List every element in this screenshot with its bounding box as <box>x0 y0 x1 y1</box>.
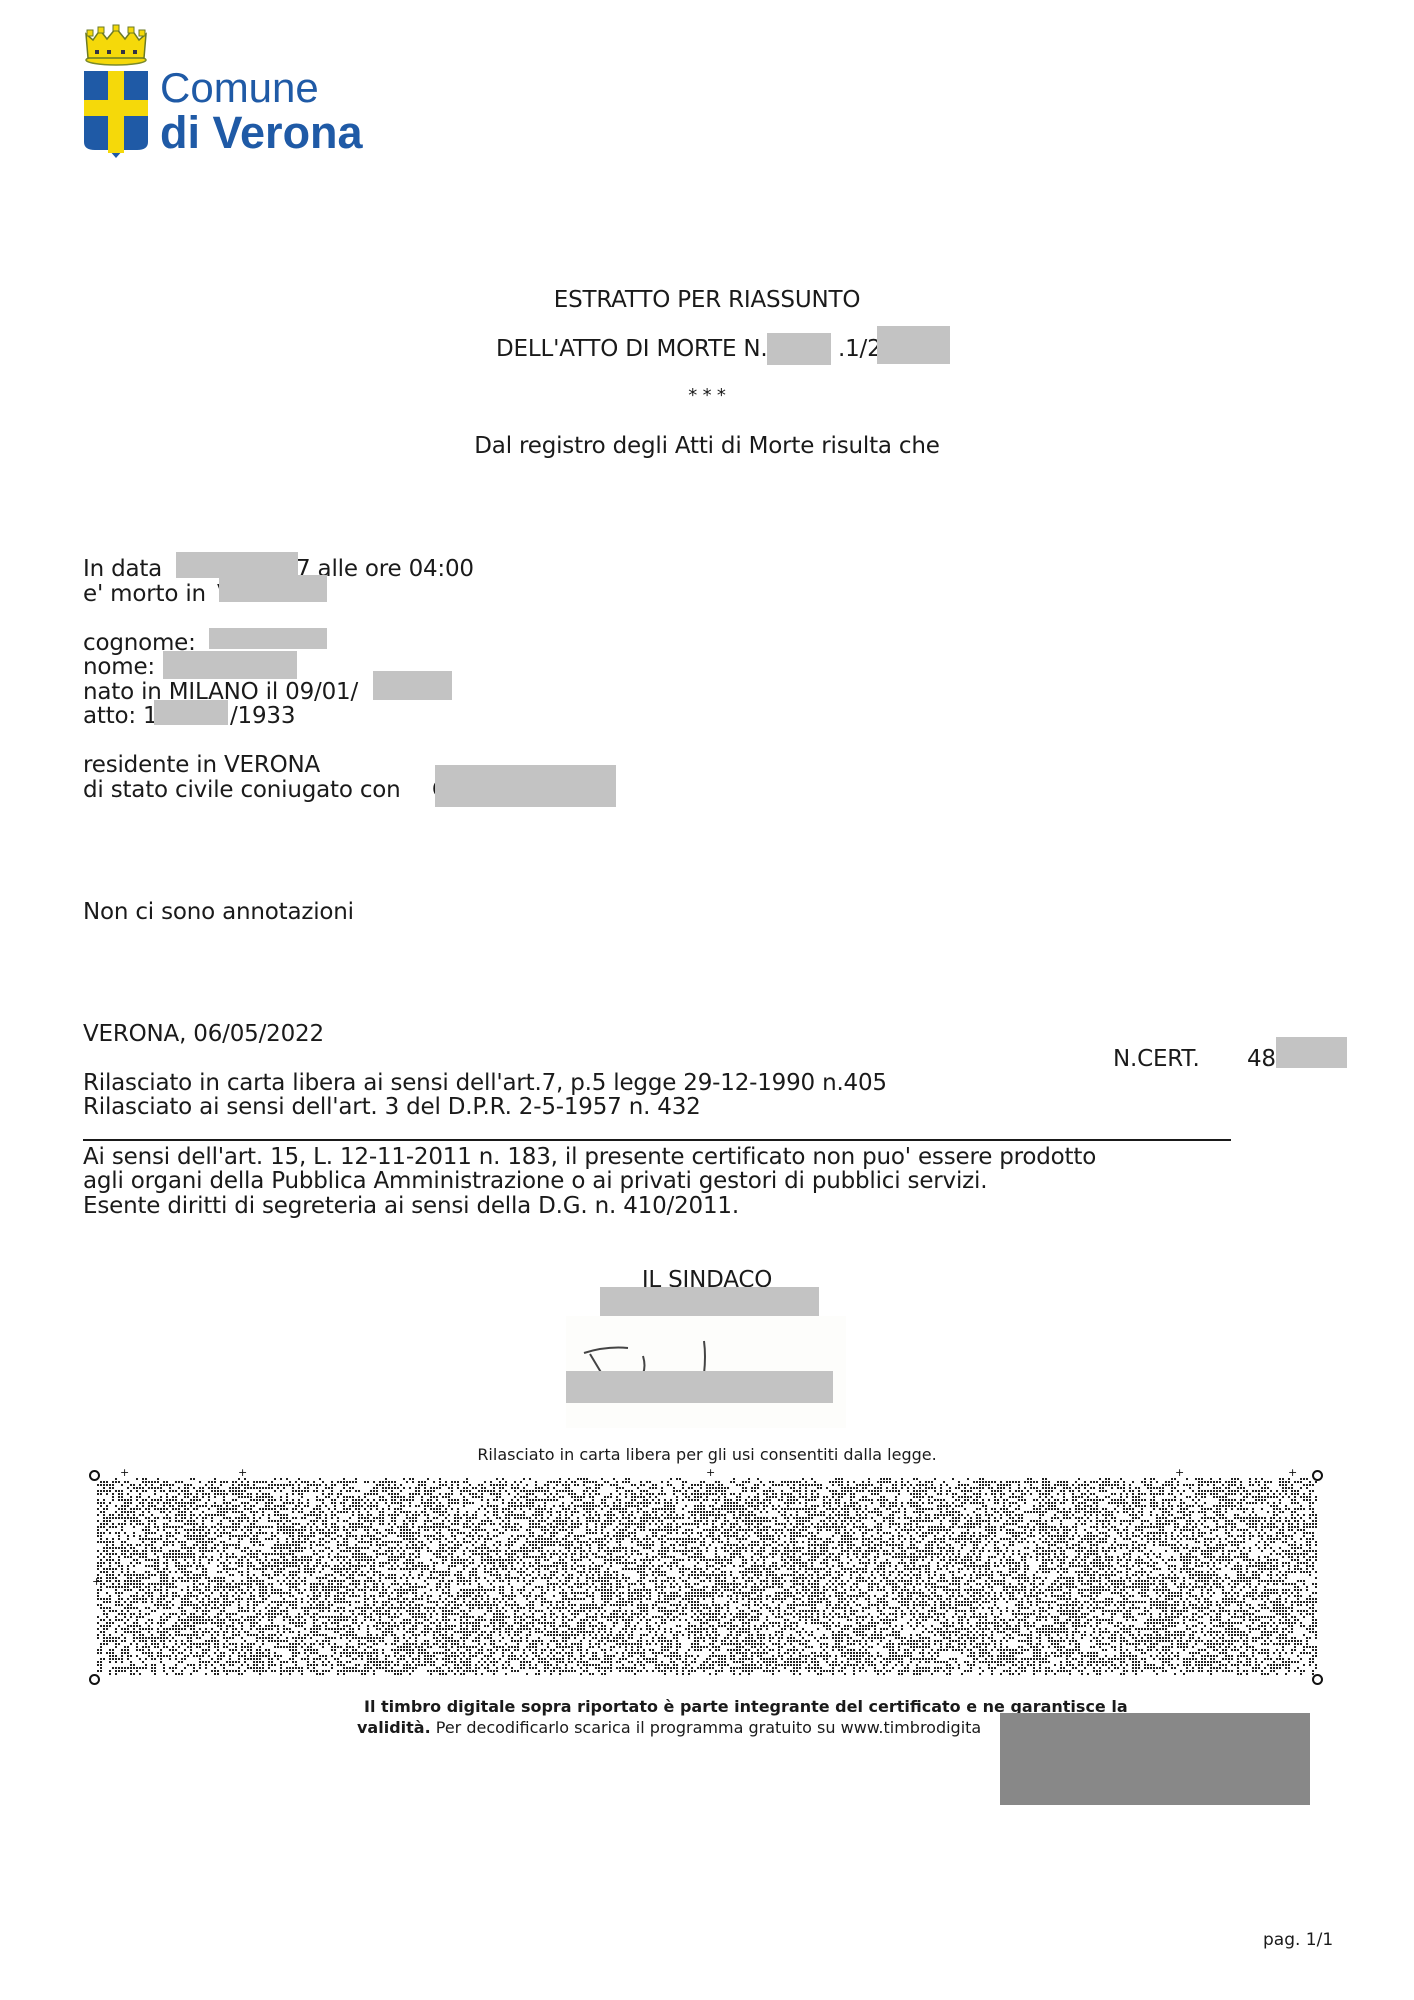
stamp-registration-mark: + <box>1288 1467 1297 1478</box>
redacted-website <box>1000 1713 1310 1805</box>
stamp-registration-mark: + <box>706 1467 715 1478</box>
separator-asterisks: * * * <box>0 384 1414 408</box>
stamp-registration-mark: + <box>120 1467 129 1478</box>
stamp-caption: Rilasciato in carta libera per gli usi c… <box>0 1445 1414 1465</box>
redacted-birth-year <box>373 671 452 700</box>
issue-place-date: VERONA, 06/05/2022 <box>83 1022 324 1046</box>
stamp-registration-mark: + <box>238 1467 247 1478</box>
redacted-certificate-number <box>1276 1037 1347 1068</box>
municipality-logo-text: Comune di Verona <box>160 66 363 156</box>
redacted-act-year <box>877 326 950 364</box>
act-reference-prefix: atto: 1 <box>83 704 158 728</box>
redacted-death-place <box>219 575 327 602</box>
redacted-act-reference <box>154 700 228 725</box>
legal-basis-1: Rilasciato in carta libera ai sensi dell… <box>83 1071 887 1095</box>
residence: residente in VERONA <box>83 753 320 777</box>
redacted-surname <box>209 628 327 649</box>
death-date-prefix: In data <box>83 557 162 581</box>
stamp-corner-marker <box>1312 1674 1323 1685</box>
redacted-act-number <box>767 333 831 365</box>
annotations-note: Non ci sono annotazioni <box>83 900 354 924</box>
redacted-signature-block <box>566 1371 833 1403</box>
section-divider <box>83 1139 1231 1141</box>
stamp-footer-line-2: validità. Per decodificarlo scarica il p… <box>357 1718 981 1738</box>
verona-coat-of-arms-icon <box>83 70 149 160</box>
legal-basis-2: Rilasciato ai sensi dell'art. 3 del D.P.… <box>83 1095 701 1119</box>
name-label: nome: <box>83 655 155 679</box>
act-number-prefix: DELL'ATTO DI MORTE N. <box>496 337 768 361</box>
crown-icon <box>83 24 149 66</box>
civil-status-prefix: di stato civile coniugato con <box>83 778 401 802</box>
page-number: pag. 1/1 <box>1263 1930 1333 1950</box>
stamp-footer-validity: validità. <box>357 1718 431 1737</box>
notice-line-1: Ai sensi dell'art. 15, L. 12-11-2011 n. … <box>83 1145 1096 1169</box>
notice-line-3: Esente diritti di segreteria ai sensi de… <box>83 1194 739 1218</box>
document-subtitle: Dal registro degli Atti di Morte risulta… <box>0 434 1414 458</box>
stamp-corner-marker <box>1312 1470 1323 1481</box>
stamp-registration-mark: + <box>92 1576 101 1587</box>
stamp-corner-marker <box>89 1674 100 1685</box>
act-reference-suffix: /1933 <box>230 704 295 728</box>
digital-stamp-barcode <box>97 1478 1319 1678</box>
act-number-mid: .1/2 <box>838 337 882 361</box>
logo-line-1: Comune <box>160 66 363 110</box>
stamp-footer-instructions: Per decodificarlo scarica il programma g… <box>431 1718 982 1737</box>
redacted-spouse-name <box>435 765 616 807</box>
redacted-name <box>163 651 297 679</box>
certificate-number-label: N.CERT. <box>1113 1047 1200 1071</box>
notice-line-2: agli organi della Pubblica Amministrazio… <box>83 1169 987 1193</box>
logo-line-2: di Verona <box>160 110 363 156</box>
death-place-prefix: e' morto in <box>83 582 206 606</box>
document-title: ESTRATTO PER RIASSUNTO <box>0 288 1414 312</box>
stamp-registration-mark: + <box>1175 1467 1184 1478</box>
stamp-corner-marker <box>89 1470 100 1481</box>
